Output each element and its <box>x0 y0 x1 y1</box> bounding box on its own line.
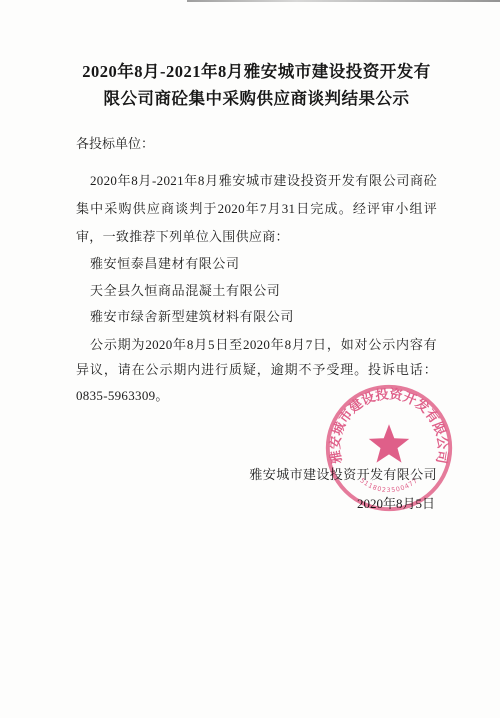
paragraph-notice: 公示期为2020年8月5日至2020年8月7日，如对公示内容有异议，请在公示期内… <box>76 332 437 409</box>
supplier-list: 雅安恒泰昌建材有限公司 天全县久恒商品混凝土有限公司 雅安市绿舍新型建筑材料有限… <box>76 251 437 331</box>
supplier-item-1: 雅安恒泰昌建材有限公司 <box>76 251 437 278</box>
supplier-item-3: 雅安市绿舍新型建筑材料有限公司 <box>76 304 437 331</box>
signature-block: 雅安城市建设投资开发有限公司 2020年8月5日 <box>76 461 437 519</box>
document-title: 2020年8月-2021年8月雅安城市建设投资开发有 限公司商砼集中采购供应商谈… <box>76 58 437 112</box>
document-content: 2020年8月-2021年8月雅安城市建设投资开发有 限公司商砼集中采购供应商谈… <box>0 0 500 519</box>
document-title-line1: 2020年8月-2021年8月雅安城市建设投资开发有 <box>76 58 437 85</box>
paragraph-intro: 2020年8月-2021年8月雅安城市建设投资开发有限公司商砼集中采购供应商谈判… <box>76 167 437 251</box>
signature-company: 雅安城市建设投资开发有限公司 <box>76 461 437 489</box>
document-page: 2020年8月-2021年8月雅安城市建设投资开发有 限公司商砼集中采购供应商谈… <box>0 0 500 718</box>
supplier-item-2: 天全县久恒商品混凝土有限公司 <box>76 278 437 305</box>
salutation: 各投标单位： <box>76 130 437 157</box>
document-title-line2: 限公司商砼集中采购供应商谈判结果公示 <box>76 85 437 112</box>
signature-date: 2020年8月5日 <box>76 489 437 519</box>
scan-edge-artifact <box>187 0 500 2</box>
